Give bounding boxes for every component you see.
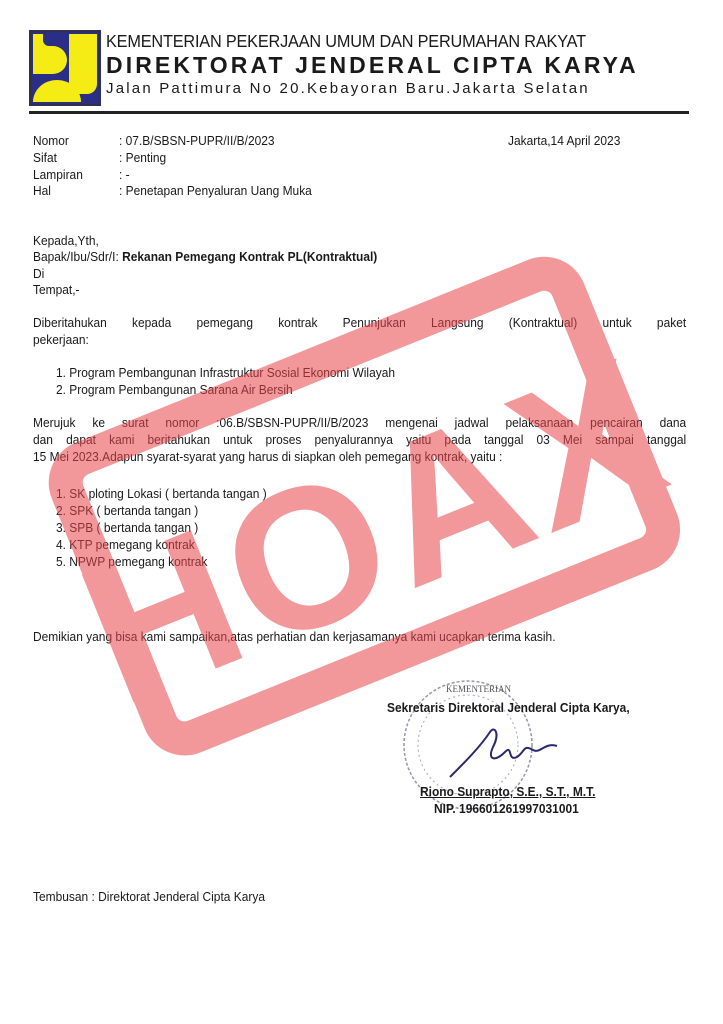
carbon-copy: Tembusan : Direktorat Jenderal Cipta Kar… <box>33 889 265 904</box>
nomor-label: Nomor <box>33 133 69 148</box>
seal-text: KEMENTERIAN <box>446 684 511 694</box>
signature-scribble-icon <box>445 722 565 782</box>
sifat-value: : Penting <box>119 150 166 165</box>
address: Jalan Pattimura No 20.Kebayoran Baru.Jak… <box>106 80 590 97</box>
requirement-item: 2. SPK ( bertanda tangan ) <box>56 503 198 518</box>
recipient-di: Di <box>33 266 44 281</box>
signatory-name: Riono Suprapto, S.E., S.T., M.T. <box>420 784 595 799</box>
nomor-value: : 07.B/SBSN-PUPR/II/B/2023 <box>119 133 275 148</box>
para2-line-2: dan dapat kami beritahukan untuk proses … <box>33 432 686 447</box>
closing-text: Demikian yang bisa kami sampaikan,atas p… <box>33 629 556 644</box>
signatory-nip: NIP. 196601261997031001 <box>434 801 579 816</box>
recipient-tempat: Tempat,- <box>33 282 80 297</box>
lampiran-label: Lampiran <box>33 167 83 182</box>
requirement-item: 3. SPB ( bertanda tangan ) <box>56 520 198 535</box>
hal-label: Hal <box>33 183 51 198</box>
pupr-logo-icon <box>29 30 101 106</box>
hal-value: : Penetapan Penyaluran Uang Muka <box>119 183 312 198</box>
lampiran-value: : - <box>119 167 130 182</box>
program-item: 2. Program Pembangunan Sarana Air Bersih <box>56 382 293 397</box>
letter-page: KEMENTERIAN PEKERJAAN UMUM DAN PERUMAHAN… <box>0 0 723 1024</box>
letterhead-divider <box>29 111 689 114</box>
place-date: Jakarta,14 April 2023 <box>508 133 620 148</box>
ministry-name: KEMENTERIAN PEKERJAAN UMUM DAN PERUMAHAN… <box>106 31 586 52</box>
sifat-label: Sifat <box>33 150 57 165</box>
intro-line-2: pekerjaan: <box>33 332 89 347</box>
requirement-item: 1. SK ploting Lokasi ( bertanda tangan ) <box>56 486 267 501</box>
recipient-greeting: Kepada,Yth, <box>33 233 99 248</box>
recipient-prefix: Bapak/Ibu/Sdr/I: <box>33 249 122 264</box>
para2-line-3: 15 Mei 2023.Adapun syarat-syarat yang ha… <box>33 449 502 464</box>
recipient-bold: Rekanan Pemegang Kontrak PL(Kontraktual) <box>122 249 377 264</box>
requirement-item: 5. NPWP pemegang kontrak <box>56 554 207 569</box>
recipient-name: Bapak/Ibu/Sdr/I: Rekanan Pemegang Kontra… <box>33 249 377 264</box>
signatory-title: Sekretaris Direktoral Jenderal Cipta Kar… <box>387 700 630 715</box>
para2-line-1: Merujuk ke surat nomor :06.B/SBSN-PUPR/I… <box>33 415 686 430</box>
requirement-item: 4. KTP pemegang kontrak <box>56 537 195 552</box>
directorate-name: DIREKTORAT JENDERAL CIPTA KARYA <box>106 52 639 79</box>
intro-line-1: Diberitahukan kepada pemegang kontrak Pe… <box>33 315 686 330</box>
program-item: 1. Program Pembangunan Infrastruktur Sos… <box>56 365 395 380</box>
